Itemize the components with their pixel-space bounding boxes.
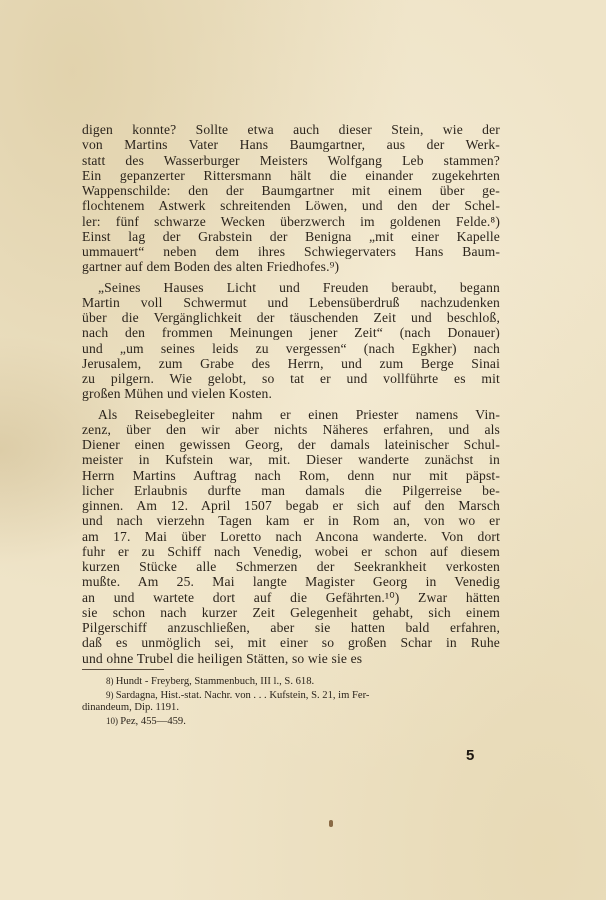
footnotes: 8) Hundt - Freyberg, Stammenbuch, III l.… [82,675,500,728]
text-line: Martin voll Schwermut und Lebensüberdruß… [82,295,500,310]
text-line: Als Reisebegleiter nahm er einen Prieste… [82,407,500,422]
book-page: digen konnte? Sollte etwa auch dieser St… [0,0,606,900]
text-line: großen Mühen und vielen Kosten. [82,386,500,401]
text-line: Jerusalem, zum Grabe des Herrn, und zum … [82,356,500,371]
text-line: licher Erlaubnis durfte man damals die P… [82,483,500,498]
text-line: gartner auf dem Boden des alten Friedhof… [82,259,500,274]
footnote-separator [82,669,164,670]
text-line: daß es unmöglich sei, mit einer so große… [82,635,500,650]
text-line: nach den frommen Meinungen jener Zeit“ (… [82,325,500,340]
text-line: Wappenschilde: den der Baumgartner mit e… [82,183,500,198]
footnote-text: Pez, 455—459. [120,716,186,727]
body-text: digen konnte? Sollte etwa auch dieser St… [82,122,500,666]
footnote-mark: 10) [106,716,120,726]
text-line: ler: fünf schwarze Wecken überzwerch im … [82,214,500,229]
text-line: an und wartete dort auf die Gefährten.¹⁰… [82,590,500,605]
text-line: fuhr er zu Schiff nach Venedig, wobei er… [82,544,500,559]
text-line: Herrn Martins Auftrag nach Rom, denn nur… [82,468,500,483]
text-line: digen konnte? Sollte etwa auch dieser St… [82,122,500,137]
text-line: am 17. Mai über Loretto nach Ancona wand… [82,529,500,544]
paper-speck [329,820,333,827]
text-line: kurzen Stücke alle Schmerzen der Seekran… [82,559,500,574]
paragraph: Als Reisebegleiter nahm er einen Prieste… [82,407,500,666]
text-line: und ohne Trubel die heiligen Stätten, so… [82,651,500,666]
text-line: über die Vergänglichkeit der täuschenden… [82,310,500,325]
text-line: ginnen. Am 12. April 1507 begab er sich … [82,498,500,513]
footnote-line: 10) Pez, 455—459. [82,715,500,729]
text-line: mußte. Am 25. Mai langte Magister Georg … [82,574,500,589]
text-line: Pilgerschiff anzuschließen, aber sie hat… [82,620,500,635]
footnote-text: Sardagna, Hist.-stat. Nachr. von . . . K… [116,690,370,701]
text-line: zu pilgern. Wie gelobt, so tat er und vo… [82,371,500,386]
footnote-text: Hundt - Freyberg, Stammenbuch, III l., S… [116,676,314,687]
footnote-line: dinandeum, Dip. 1191. [82,702,500,715]
footnote-text: dinandeum, Dip. 1191. [82,702,179,713]
text-line: statt des Wasserburger Meisters Wolfgang… [82,153,500,168]
page-number: 5 [466,747,474,764]
text-line: „Seines Hauses Licht und Freuden beraubt… [82,280,500,295]
text-line: und „um seines leids zu vergessen“ (nach… [82,341,500,356]
text-line: flochtenem Astwerk schreitenden Löwen, u… [82,198,500,213]
footnote-mark: 9) [106,690,116,700]
footnote-line: 9) Sardagna, Hist.-stat. Nachr. von . . … [82,689,500,703]
paragraph: digen konnte? Sollte etwa auch dieser St… [82,122,500,275]
footnote-mark: 8) [106,676,116,686]
text-line: und nach vierzehn Tagen kam er in Rom an… [82,513,500,528]
text-line: sie schon nach kurzer Zeit Gelegenheit g… [82,605,500,620]
text-line: ummauert“ neben dem ihres Schwiegervater… [82,244,500,259]
text-line: von Martins Vater Hans Baumgartner, aus … [82,137,500,152]
text-line: Ein gepanzerter Rittersmann hält die ein… [82,168,500,183]
text-line: Einst lag der Grabstein der Benigna „mit… [82,229,500,244]
text-line: Diener einen gewissen Georg, der damals … [82,437,500,452]
text-line: meister in Kufstein war, mit. Dieser wan… [82,452,500,467]
text-line: zenz, über den wir aber nichts Näheres e… [82,422,500,437]
paragraph: „Seines Hauses Licht und Freuden beraubt… [82,280,500,402]
footnote-line: 8) Hundt - Freyberg, Stammenbuch, III l.… [82,675,500,689]
